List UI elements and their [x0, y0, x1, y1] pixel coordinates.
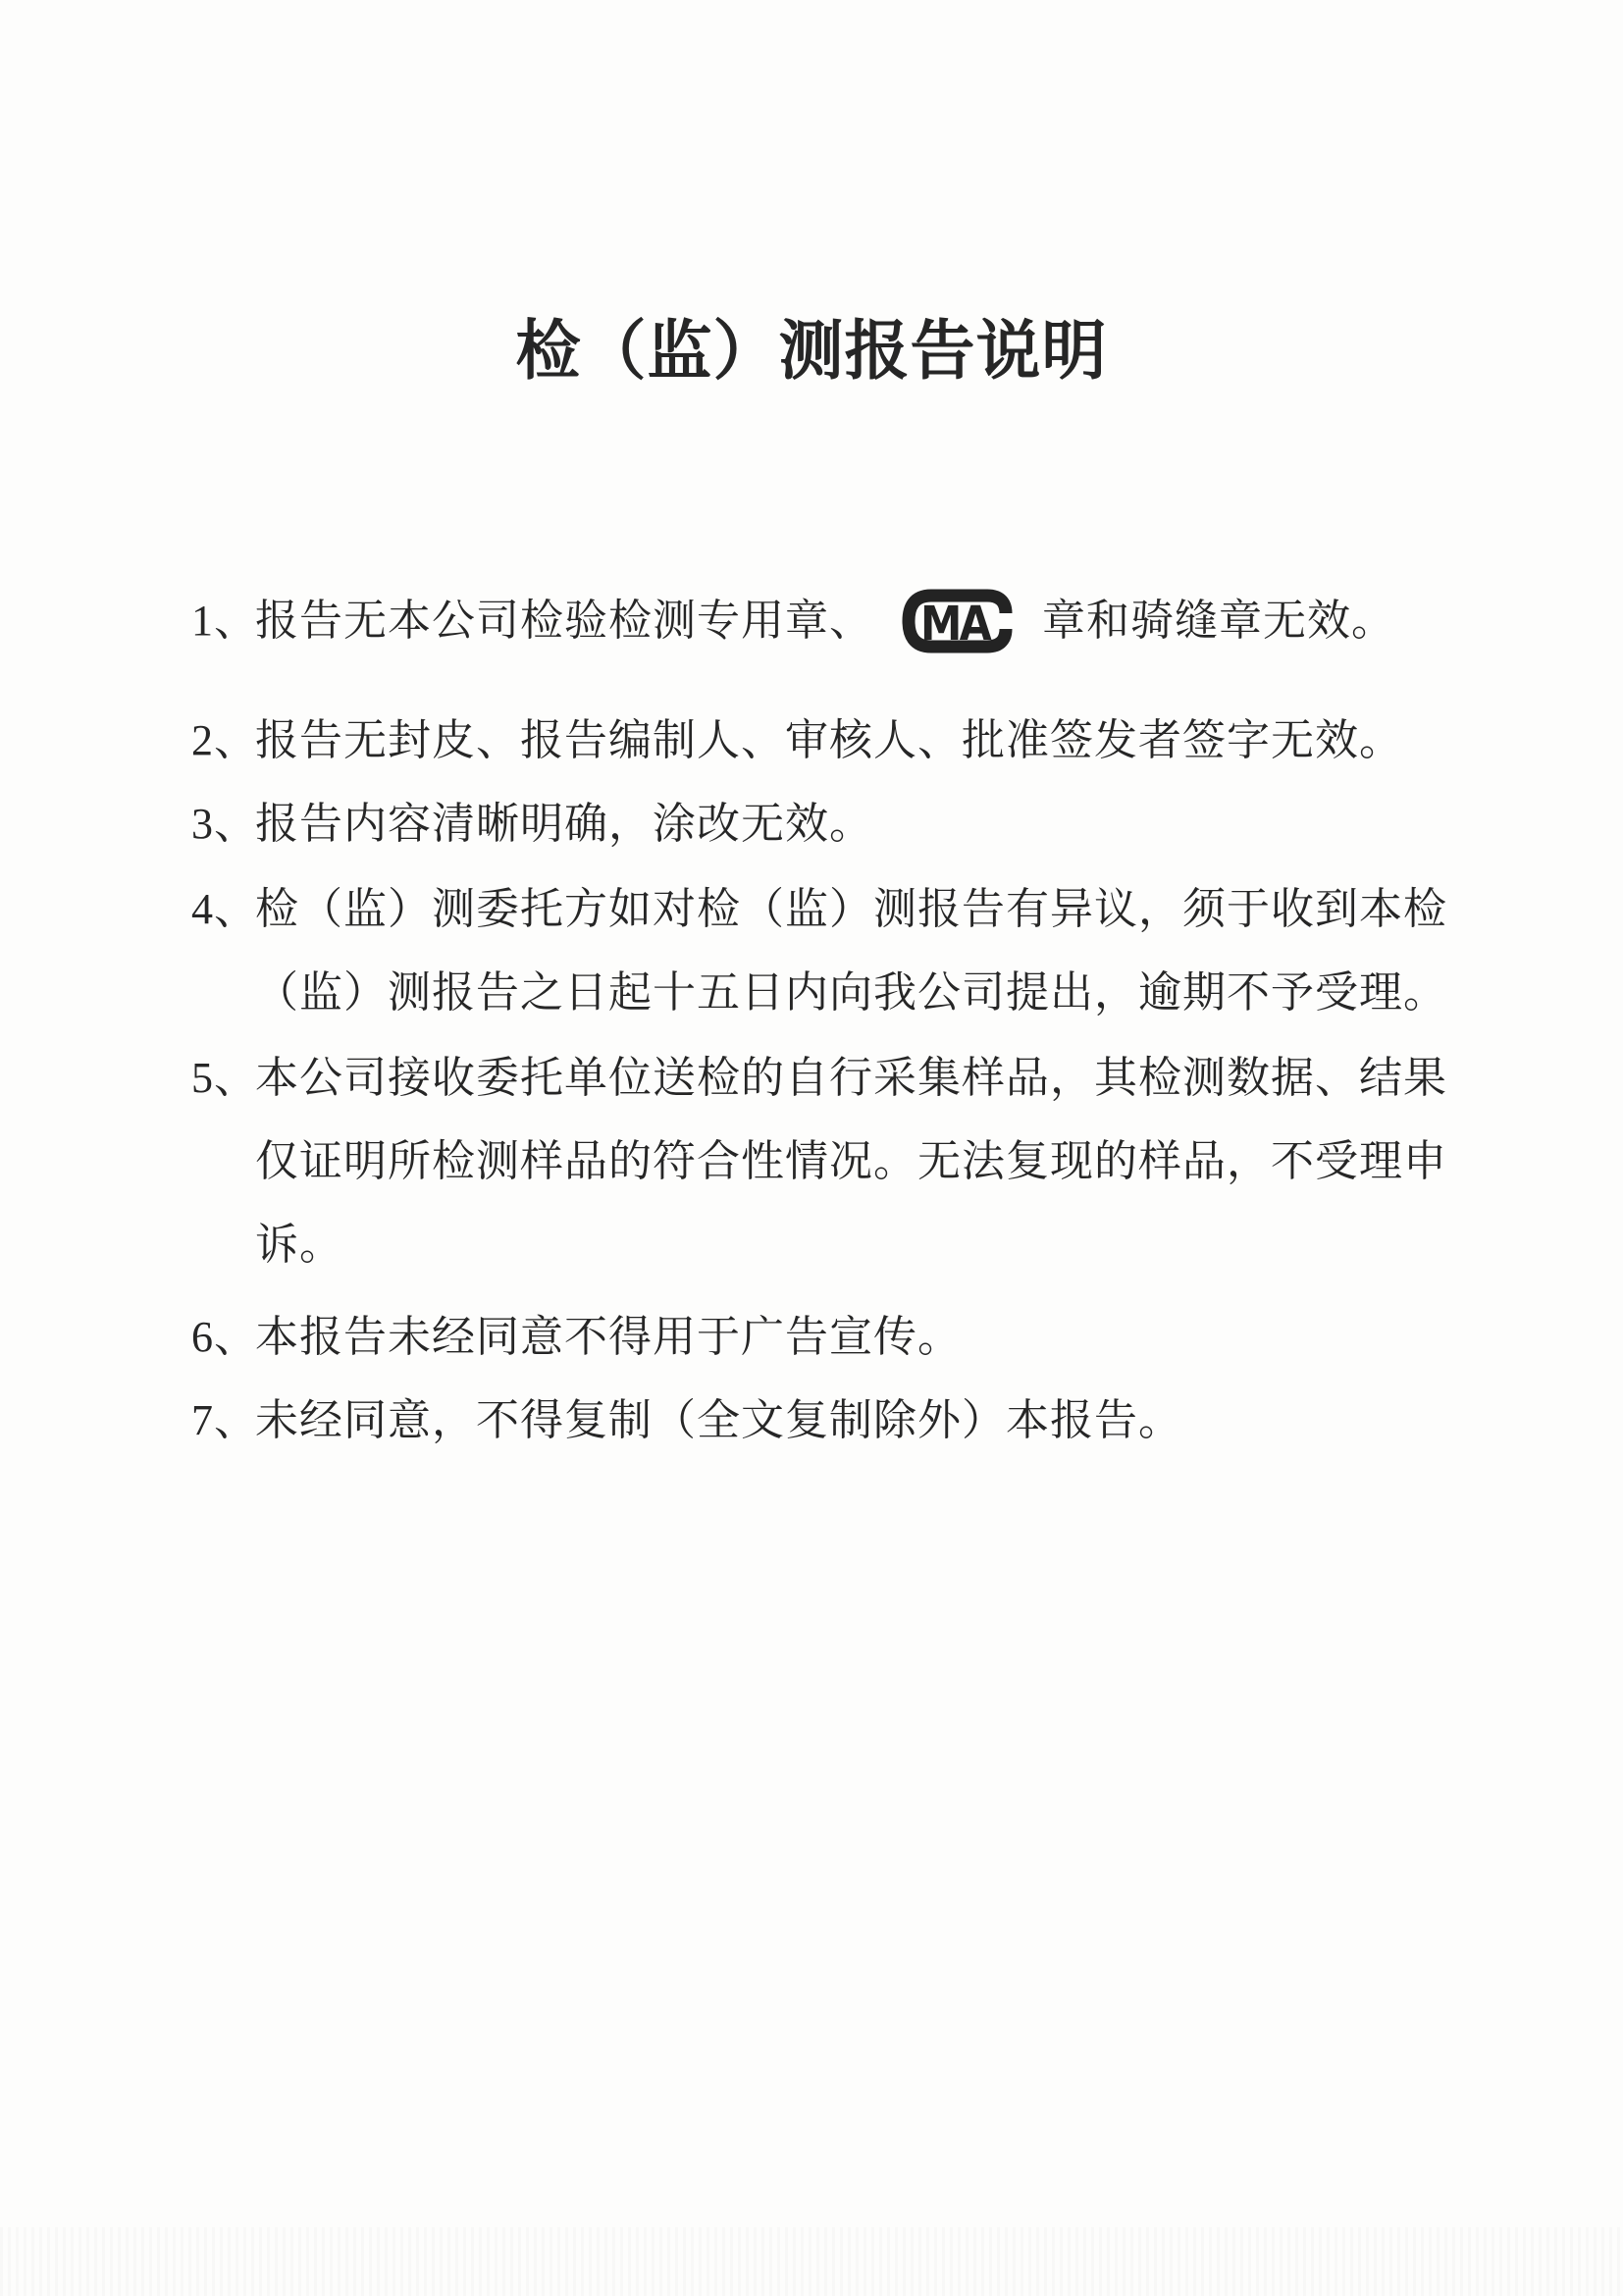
- list-item-5-continuation: 诉。: [191, 1203, 1496, 1286]
- cma-letters: MA: [920, 597, 992, 652]
- list-item-5-continuation: 仅证明所检测样品的符合性情况。无法复现的样品，不受理申: [191, 1120, 1496, 1203]
- item-number: 1、: [191, 579, 255, 662]
- scan-noise-band: [0, 2227, 1623, 2296]
- item-number: 7、: [191, 1379, 255, 1462]
- cma-mark-icon: MA: [901, 588, 1015, 654]
- item-text: 诉。: [255, 1203, 343, 1286]
- item-number: 2、: [191, 699, 255, 782]
- item-text: 检（监）测委托方如对检（监）测报告有异议，须于收到本检: [255, 867, 1447, 951]
- item-text: 仅证明所检测样品的符合性情况。无法复现的样品，不受理申: [255, 1120, 1447, 1203]
- item-text: （监）测报告之日起十五日内向我公司提出，逾期不予受理。: [255, 951, 1447, 1034]
- list-item-1: 1、 报告无本公司检验检测专用章、 MA 章和骑缝章无效。: [191, 579, 1496, 662]
- list-item-7: 7、 未经同意，不得复制（全文复制除外）本报告。: [191, 1379, 1496, 1462]
- list-item-5: 5、 本公司接收委托单位送检的自行采集样品，其检测数据、结果: [191, 1036, 1496, 1120]
- list-item-2: 2、 报告无封皮、报告编制人、审核人、批准签发者签字无效。: [191, 699, 1496, 782]
- page-title: 检（监）测报告说明: [0, 320, 1623, 385]
- item-text: 报告内容清晰明确，涂改无效。: [255, 782, 873, 865]
- scanned-document-page: 检（监）测报告说明 1、 报告无本公司检验检测专用章、 MA 章和骑缝章无效。 …: [0, 0, 1623, 2296]
- notes-list: 1、 报告无本公司检验检测专用章、 MA 章和骑缝章无效。 2、 报告无封皮、报…: [191, 579, 1496, 1462]
- item-number: 3、: [191, 782, 255, 865]
- item-number: 6、: [191, 1295, 255, 1379]
- list-item-4-continuation: （监）测报告之日起十五日内向我公司提出，逾期不予受理。: [191, 951, 1496, 1034]
- item-text-after-logo: 章和骑缝章无效。: [1042, 579, 1395, 662]
- item-text: 未经同意，不得复制（全文复制除外）本报告。: [255, 1379, 1182, 1462]
- item-text-before-logo: 报告无本公司检验检测专用章、: [255, 579, 873, 662]
- list-item-3: 3、 报告内容清晰明确，涂改无效。: [191, 782, 1496, 865]
- list-item-6: 6、 本报告未经同意不得用于广告宣传。: [191, 1295, 1496, 1379]
- item-text: 本报告未经同意不得用于广告宣传。: [255, 1295, 962, 1379]
- item-number: 5、: [191, 1036, 255, 1120]
- item-text: 报告无封皮、报告编制人、审核人、批准签发者签字无效。: [255, 699, 1403, 782]
- item-number: 4、: [191, 867, 255, 951]
- list-item-4: 4、 检（监）测委托方如对检（监）测报告有异议，须于收到本检: [191, 867, 1496, 951]
- item-text: 本公司接收委托单位送检的自行采集样品，其检测数据、结果: [255, 1036, 1447, 1120]
